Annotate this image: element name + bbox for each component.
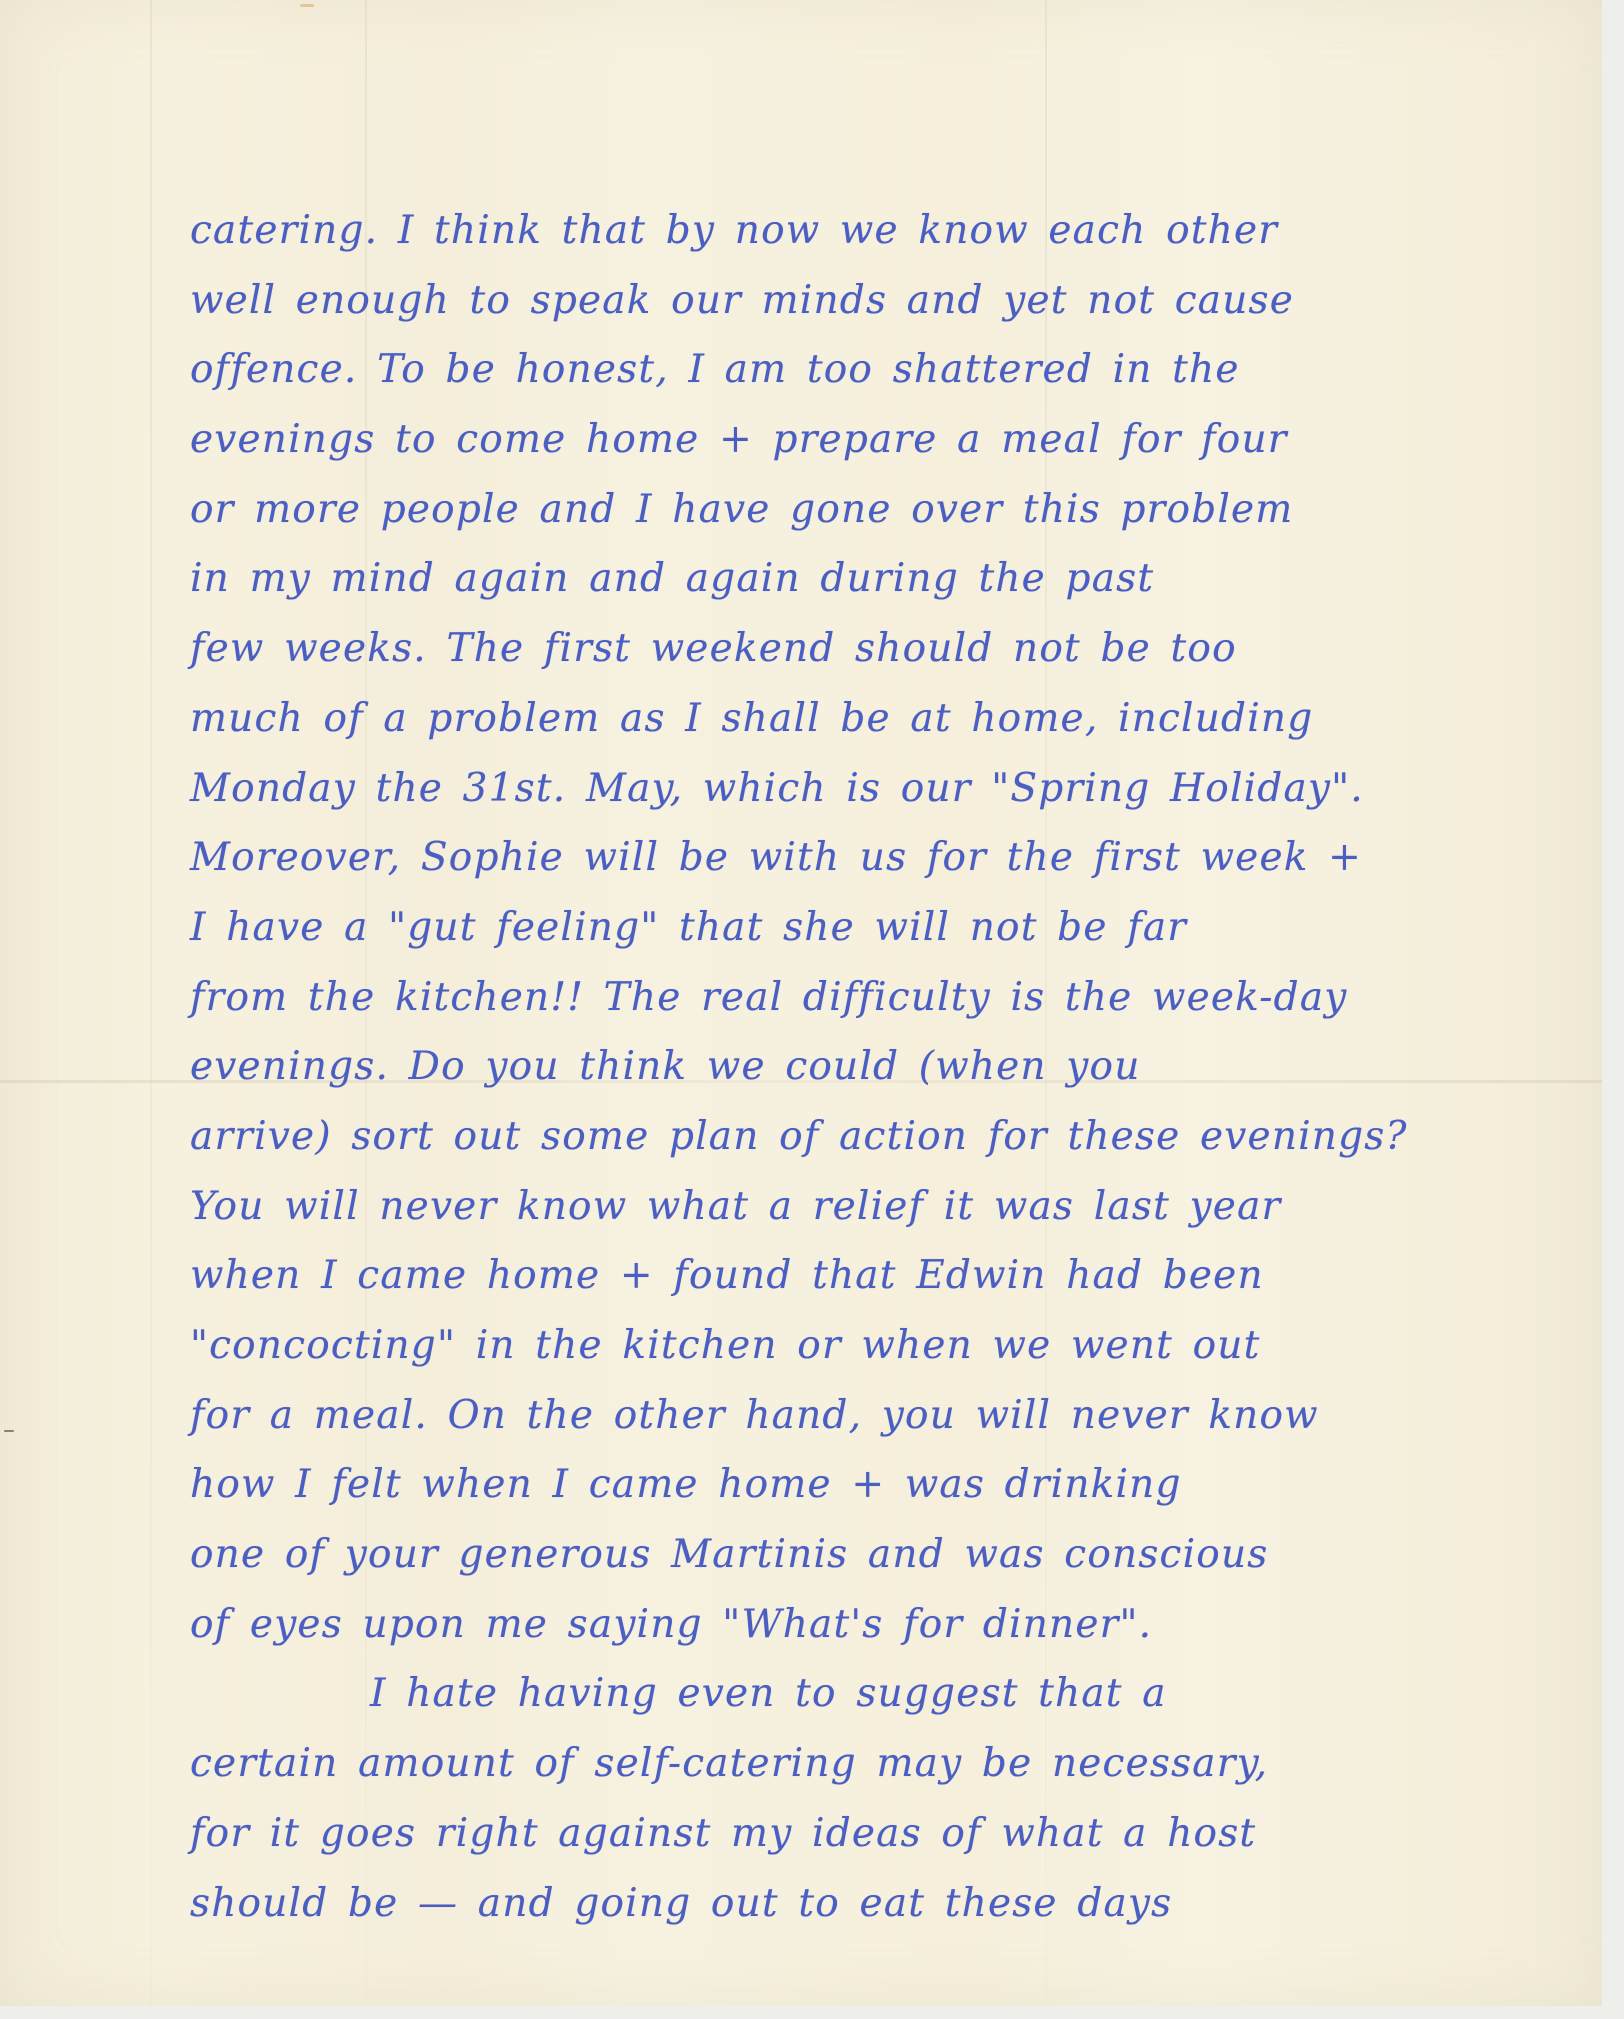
text-line: Moreover, Sophie will be with us for the… bbox=[190, 823, 1520, 893]
text-line: certain amount of self-catering may be n… bbox=[190, 1729, 1520, 1799]
text-line: should be — and going out to eat these d… bbox=[190, 1869, 1520, 1939]
text-line: I have a "gut feeling" that she will not… bbox=[190, 893, 1520, 963]
text-line: from the kitchen!! The real difficulty i… bbox=[190, 963, 1520, 1033]
text-line: catering. I think that by now we know ea… bbox=[190, 196, 1520, 266]
text-line: for it goes right against my ideas of wh… bbox=[190, 1799, 1520, 1869]
text-line: of eyes upon me saying "What's for dinne… bbox=[190, 1590, 1520, 1660]
text-line: evenings. Do you think we could (when yo… bbox=[190, 1032, 1520, 1102]
text-line: You will never know what a relief it was… bbox=[190, 1172, 1520, 1242]
text-line: evenings to come home + prepare a meal f… bbox=[190, 405, 1520, 475]
text-line: "concocting" in the kitchen or when we w… bbox=[190, 1311, 1520, 1381]
paper-crease-vertical bbox=[150, 0, 152, 2006]
text-line: Monday the 31st. May, which is our "Spri… bbox=[190, 754, 1520, 824]
text-line: arrive) sort out some plan of action for… bbox=[190, 1102, 1520, 1172]
text-line: or more people and I have gone over this… bbox=[190, 475, 1520, 545]
text-line: well enough to speak our minds and yet n… bbox=[190, 266, 1520, 336]
text-line: for a meal. On the other hand, you will … bbox=[190, 1381, 1520, 1451]
text-line: much of a problem as I shall be at home,… bbox=[190, 684, 1520, 754]
text-line-paragraph-start: I hate having even to suggest that a bbox=[190, 1659, 1520, 1729]
text-line: offence. To be honest, I am too shattere… bbox=[190, 335, 1520, 405]
text-line: one of your generous Martinis and was co… bbox=[190, 1520, 1520, 1590]
scanned-letter: catering. I think that by now we know ea… bbox=[0, 0, 1624, 2019]
text-line: how I felt when I came home + was drinki… bbox=[190, 1450, 1520, 1520]
tape-mark bbox=[300, 4, 314, 7]
handwritten-text: catering. I think that by now we know ea… bbox=[190, 196, 1520, 1938]
letter-paper: catering. I think that by now we know ea… bbox=[0, 0, 1602, 2006]
text-line: few weeks. The first weekend should not … bbox=[190, 614, 1520, 684]
text-line: when I came home + found that Edwin had … bbox=[190, 1241, 1520, 1311]
edge-mark bbox=[4, 1430, 14, 1432]
text-line: in my mind again and again during the pa… bbox=[190, 544, 1520, 614]
